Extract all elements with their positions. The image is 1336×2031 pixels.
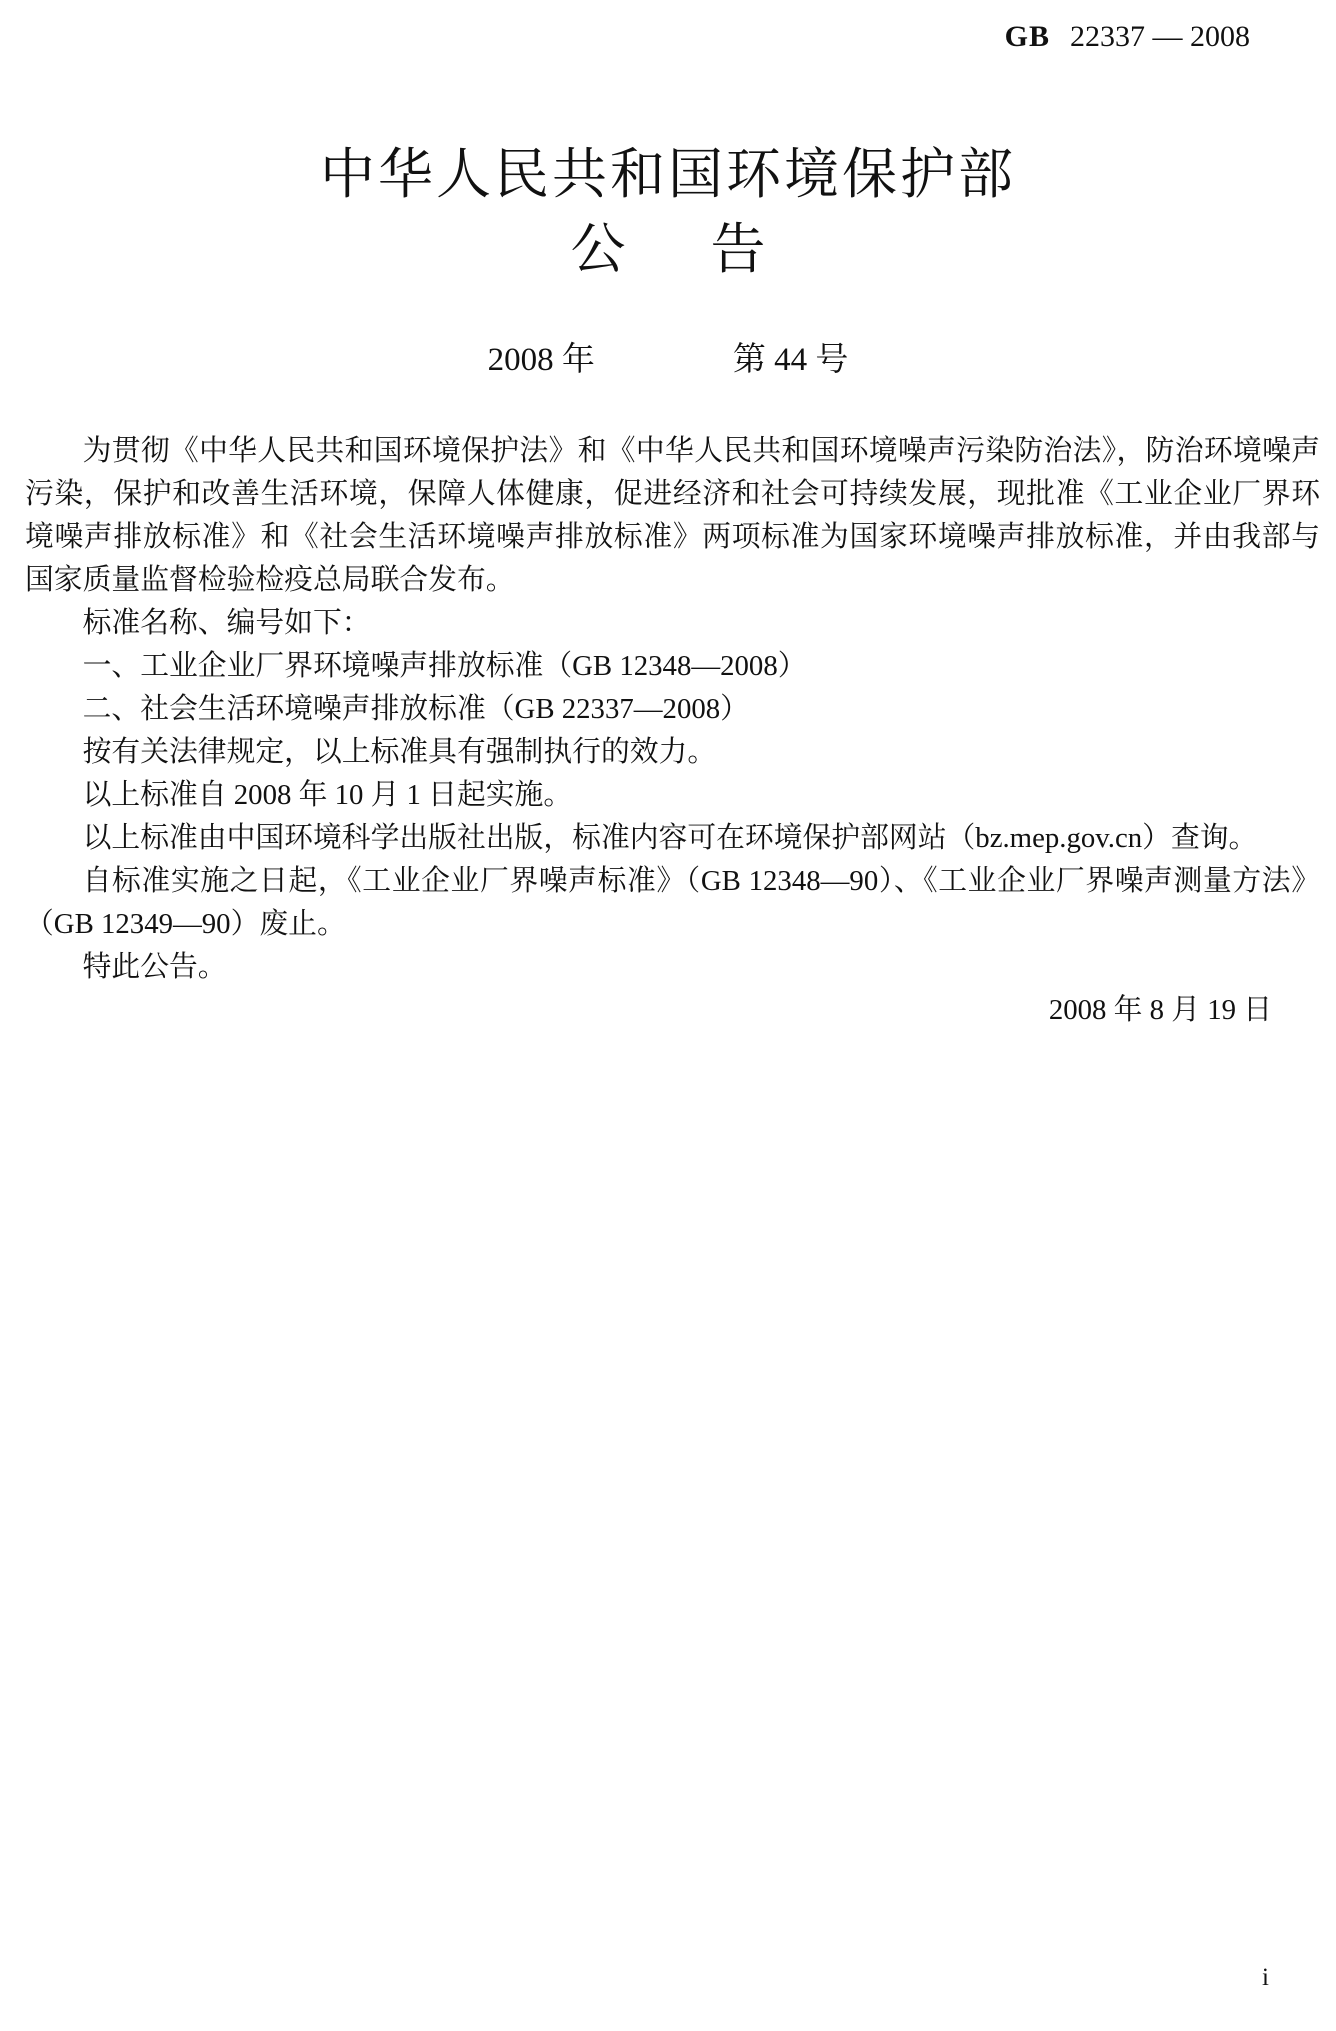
doc-code: GB22337 — 2008 [1005, 20, 1250, 54]
paragraph: 以上标准由中国环境科学出版社出版，标准内容可在环境保护部网站（bz.mep.go… [25, 817, 1320, 860]
paragraph: 一、工业企业厂界环境噪声排放标准（GB 12348—2008） [25, 645, 1320, 688]
subtitle-char-second: 告 [711, 205, 766, 284]
paragraph: 以上标准自 2008 年 10 月 1 日起实施。 [25, 774, 1320, 817]
page-number: i [1262, 1964, 1269, 1992]
doc-code-number: 22337 — 2008 [1070, 20, 1250, 53]
paragraph: 标准名称、编号如下： [25, 602, 1320, 645]
page-title: 中华人民共和国环境保护部 [0, 130, 1336, 209]
announcement-subtitle: 公 告 [0, 205, 1336, 284]
paragraph: 二、社会生活环境噪声排放标准（GB 22337—2008） [25, 688, 1320, 731]
subtitle-char-first: 公 [570, 205, 625, 284]
paragraph: 为贯彻《中华人民共和国环境保护法》和《中华人民共和国环境噪声污染防治法》，防治环… [25, 430, 1320, 602]
announcement-body: 为贯彻《中华人民共和国环境保护法》和《中华人民共和国环境噪声污染防治法》，防治环… [25, 430, 1320, 1032]
paragraph: 按有关法律规定，以上标准具有强制执行的效力。 [25, 731, 1320, 774]
issue-number: 第 44 号 [733, 342, 849, 378]
document-page: { "header": { "doc_code": { "prefix": "G… [0, 0, 1336, 2031]
paragraph: 自标准实施之日起，《工业企业厂界噪声标准》（GB 12348—90）、《工业企业… [25, 860, 1320, 946]
issue-date: 2008 年 8 月 19 日 [25, 989, 1320, 1032]
issue-number-line: 2008 年第 44 号 [0, 333, 1336, 380]
doc-code-prefix: GB [1005, 20, 1050, 53]
paragraph: 特此公告。 [25, 946, 1320, 989]
issue-year: 2008 年 [488, 342, 595, 378]
